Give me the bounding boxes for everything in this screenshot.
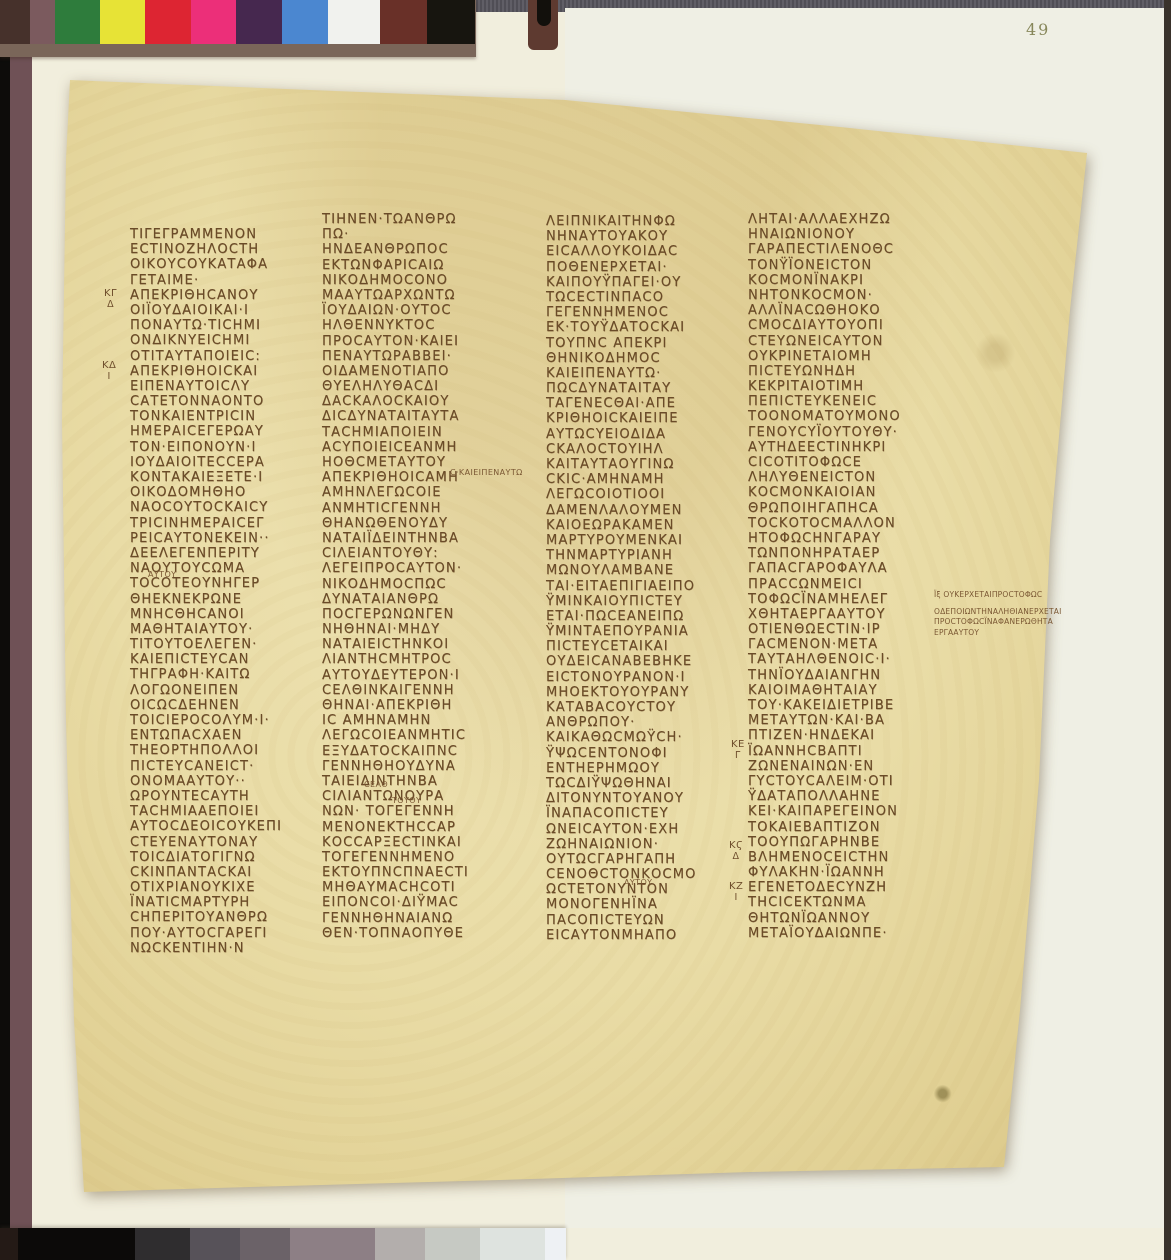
manuscript-line: ΤΩΝΠΟΝΗΡΑΤΑΕΡ bbox=[748, 546, 901, 561]
manuscript-line: ΓΕΝΝΗΘΗΟΥΔΥΝΑ bbox=[322, 759, 469, 774]
manuscript-line: ΚΟCΜΟΝΚΑΙΟΙΑΝ bbox=[748, 485, 901, 500]
manuscript-line: ΖΩΗΝΑΙΩΝΙΟΝ· bbox=[546, 837, 697, 852]
manuscript-line: ΜΕΝΟΝΕΚΤΗCCΑΡ bbox=[322, 820, 469, 835]
color-patch-dark-brown bbox=[0, 0, 30, 44]
manuscript-line: ΝΑΤΑΙΪΔΕΙΝΤΗΝΒΑ bbox=[322, 531, 469, 546]
manuscript-line: ΔΙCΔΥΝΑΤΑΙΤΑΥΤΑ bbox=[322, 409, 469, 424]
manuscript-line: CΤΕΥΕΝΑΥΤΟΝΑΥ bbox=[130, 835, 282, 850]
manuscript-line: ΫΔΑΤΑΠΟΛΛΑΗΝΕ bbox=[748, 789, 901, 804]
text-column-3: ΛΕΙΠΝΙΚΑΙΤΗΝΦΩΝΗΝΑΥΤΟΥΑΚΟΥΕΙCΑΛΛΟΥΚΟΙΔΑC… bbox=[546, 214, 697, 943]
color-patch-green bbox=[55, 0, 100, 44]
manuscript-line: ΚΑΙΟΕΩΡΑΚΑΜΕΝ bbox=[546, 518, 697, 533]
manuscript-line: ΤΗCΙCΕΚΤΩΝΜΑ bbox=[748, 895, 901, 910]
color-bar-board bbox=[0, 0, 476, 57]
manuscript-line: ΝΗΘΗΝΑΙ·ΜΗΔΥ bbox=[322, 622, 469, 637]
manuscript-line: ΤΟΝΚΑΙΕΝΤΡΙCΙΝ bbox=[130, 409, 282, 424]
grayscale-step bbox=[290, 1228, 375, 1260]
manuscript-line: ΩΡΟΥΝΤΕCΑΥΤΗ bbox=[130, 789, 282, 804]
manuscript-line: ΤΑΙΕΙΔΙΝΤΗΝΒΑ bbox=[322, 774, 469, 789]
manuscript-line: ΑCΥΠΟΙΕΙCΕΑΝΜΗ bbox=[322, 440, 469, 455]
manuscript-line: ΕΚΤΩΝΦΑΡΙCΑΙΩ bbox=[322, 258, 469, 273]
manuscript-line: ΤΑΓΕΝΕCΘΑΙ·ΑΠΕ bbox=[546, 396, 697, 411]
manuscript-line: ΠΩ· bbox=[322, 227, 469, 242]
interlinear-correction: CΕΛΘ bbox=[364, 780, 388, 789]
manuscript-line: ΕΙΠΟΝCΟΙ·ΔΙΫΜΑC bbox=[322, 895, 469, 910]
manuscript-line: ΛΕΓΩCΟΙΟΤΙΟΟΙ bbox=[546, 487, 697, 502]
manuscript-line: ΜΝΗCΘΗCΑΝΟΙ bbox=[130, 607, 282, 622]
manuscript-line: ΗΜΕΡΑΙCΕΓΕΡΩΑΥ bbox=[130, 424, 282, 439]
manuscript-line: ΚΑΙΤΑΥΤΑΟΥΓΙΝΩ bbox=[546, 457, 697, 472]
manuscript-line: ΗΟΘCΜΕΤΑΥΤΟΥ bbox=[322, 455, 469, 470]
manuscript-line: ΤΟΚΑΙΕΒΑΠΤΙΖΟΝ bbox=[748, 820, 901, 835]
manuscript-line: ΑΛΛΪΝΑCΩΘΗΟΚΟ bbox=[748, 303, 901, 318]
manuscript-line: ΟΤΙΕΝΘΩΕCΤΙΝ·ΙΡ bbox=[748, 622, 901, 637]
manuscript-line: ΑΠΕΚΡΙΘΗΟΙCΑΜΗ bbox=[322, 470, 469, 485]
manuscript-line: ΚΟCCΑΡΞΕCΤΙΝΚΑΙ bbox=[322, 835, 469, 850]
manuscript-line: ΔΕΕΛΕΓΕΝΠΕΡΙΤΥ bbox=[130, 546, 282, 561]
grayscale-step bbox=[18, 1228, 135, 1260]
text-column-4: ΛΗΤΑΙ·ΑΛΛΑΕΧΗΖΩΗΝΑΙΩΝΙΟΝΟΥΓΑΡΑΠΕCΤΙΛΕΝΟΘ… bbox=[748, 212, 901, 941]
manuscript-line: ΝΑΟCΟΥΤΟCΚΑΙCΥ bbox=[130, 500, 282, 515]
grayscale-calibration-bar bbox=[0, 1228, 566, 1260]
manuscript-line: ΛΕΓΕΙΠΡΟCΑΥΤΟΝ· bbox=[322, 561, 469, 576]
manuscript-line: ΤΙΓΕΓΡΑΜΜΕΝΟΝ bbox=[130, 227, 282, 242]
manuscript-line: ΤΟΦΩCΪΝΑΜΗΕΛΕΓ bbox=[748, 592, 901, 607]
manuscript-line: ΕΚΤΟΥΠΝCΠΝΑΕCΤΙ bbox=[322, 865, 469, 880]
manuscript-line: ΤΟΟΝΟΜΑΤΟΥΜΟΝΟ bbox=[748, 409, 901, 424]
manuscript-line: ΜΩΝΟΥΛΑΜΒΑΝΕ bbox=[546, 563, 697, 578]
manuscript-line: CΙΛΕΙΑΝΤΟΥΘΥ: bbox=[322, 546, 469, 561]
manuscript-line: ΜΑΑΥΤΩΑΡΧΩΝΤΩ bbox=[322, 288, 469, 303]
manuscript-line: ΑΝΜΗΤΙCΓΕΝΝΗ bbox=[322, 501, 469, 516]
manuscript-line: ΘΗΝΙΚΟΔΗΜΟC bbox=[546, 351, 697, 366]
mount-edge-strip bbox=[10, 44, 32, 1228]
manuscript-line: ΑΥΤΗΔΕΕCΤΙΝΗΚΡΙ bbox=[748, 440, 901, 455]
manuscript-line: CΚΙΝΠΑΝΤΑCΚΑΙ bbox=[130, 865, 282, 880]
manuscript-line: ΤΙΗΝΕΝ·ΤΩΑΝΘΡΩ bbox=[322, 212, 469, 227]
marginal-note-line: ΟΔΕΠΟΙΩΝΤΗΝΑΛΗΘΙΑΝΕΡΧΕΤΑΙ bbox=[934, 607, 1062, 618]
color-patch-maroon bbox=[380, 0, 427, 44]
manuscript-line: ΚΑΙΕΠΙCΤΕΥCΑΝ bbox=[130, 652, 282, 667]
canon-mark-sub: Δ bbox=[104, 299, 117, 310]
manuscript-line: ΘΗΝΑΙ·ΑΠΕΚΡΙΘΗ bbox=[322, 698, 469, 713]
manuscript-line: ΤΑΥΤΑΗΛΘΕΝΟΙC·Ι· bbox=[748, 652, 901, 667]
photo-edge-strip bbox=[0, 44, 10, 1260]
manuscript-line: ΡΕΙCΑΥΤΟΝΕΚΕΙΝ·· bbox=[130, 531, 282, 546]
manuscript-line: ΠΑCΟΠΙCΤΕΥΩΝ bbox=[546, 913, 697, 928]
manuscript-line: ΕΝΤΩΠΑCΧΑΕΝ bbox=[130, 728, 282, 743]
manuscript-line: ΤΑCΗΜΙΑΠΟΙΕΙΝ bbox=[322, 425, 469, 440]
manuscript-line: CΗΠΕΡΙΤΟΥΑΝΘΡΩ bbox=[130, 910, 282, 925]
manuscript-line: ΟΙCΩCΔΕΗΝΕΝ bbox=[130, 698, 282, 713]
manuscript-line: ΕΙΠΕΝΑΥΤΟΙCΛΥ bbox=[130, 379, 282, 394]
manuscript-line: ΠΟCΓΕΡΩΝΩΝΓΕΝ bbox=[322, 607, 469, 622]
canon-mark: ΚΖΙ bbox=[729, 881, 743, 903]
manuscript-line: ΗΝΑΙΩΝΙΟΝΟΥ bbox=[748, 227, 901, 242]
interlinear-correction: C·ΚΑΙΕΙΠΕΝΑΥΤΩ bbox=[450, 468, 523, 477]
marginal-note-line: Ϊξ ΟΥΚΕΡΧΕΤΑΙΠΡΟCΤΟΦΩC bbox=[934, 590, 1062, 601]
manuscript-line: ΘΗΑΝΩΘΕΝΟΥΔΥ bbox=[322, 516, 469, 531]
manuscript-line: ΙΟΥΔΑΙΟΙΤΕCCΕΡΑ bbox=[130, 455, 282, 470]
manuscript-line: ΑΠΕΚΡΙΘΗΟΙCΚΑΙ bbox=[130, 364, 282, 379]
manuscript-line: ΚΑΤΑΒΑCΟΥCΤΟΥ bbox=[546, 700, 697, 715]
manuscript-line: ΘΥΕΛΗΛΥΘΑCΔΙ bbox=[322, 379, 469, 394]
grayscale-step bbox=[0, 1228, 18, 1260]
color-patch-purple bbox=[236, 0, 282, 44]
canon-mark-sub: Δ bbox=[729, 851, 743, 862]
canon-mark-sub: Ι bbox=[729, 892, 743, 903]
manuscript-line: ΛΙΑΝΤΗCΜΗΤΡΟC bbox=[322, 652, 469, 667]
manuscript-line: ΗΝΔΕΑΝΘΡΩΠΟC bbox=[322, 242, 469, 257]
manuscript-line: ΩCΤΕΤΟΝΥΝΤΟΝ bbox=[546, 882, 697, 897]
manuscript-line: ΠΡΟCΑΥΤΟΝ·ΚΑΙΕΙ bbox=[322, 334, 469, 349]
manuscript-line: ΑΥΤΟΥΔΕΥΤΕΡΟΝ·Ι bbox=[322, 668, 469, 683]
color-calibration-bar bbox=[0, 0, 476, 44]
manuscript-line: ΤΟΝ·ΕΙΠΟΝΟΥΝ·Ι bbox=[130, 440, 282, 455]
manuscript-line: ΤΗΕΟΡΤΗΠΟΛΛΟΙ bbox=[130, 743, 282, 758]
manuscript-line: ΒΛΗΜΕΝΟCΕΙCΤΗΝ bbox=[748, 850, 901, 865]
manuscript-line: ΠΩCΔΥΝΑΤΑΙΤΑΥ bbox=[546, 381, 697, 396]
manuscript-line: ΓΥCΤΟΥCΑΛΕΙΜ·ΟΤΙ bbox=[748, 774, 901, 789]
manuscript-line: ΕΙCΑΛΛΟΥΚΟΙΔΑC bbox=[546, 244, 697, 259]
manuscript-line: ΤΩCΔΙΫΨΩΘΗΝΑΙ bbox=[546, 776, 697, 791]
manuscript-line: ΚΑΙΟΙΜΑΘΗΤΑΙΑΥ bbox=[748, 683, 901, 698]
manuscript-line: ΤΩCΕCΤΙΝΠΑCΟ bbox=[546, 290, 697, 305]
color-patch-magenta bbox=[191, 0, 236, 44]
manuscript-line: ΚΡΙΘΗΟΙCΚΑΙΕΙΠΕ bbox=[546, 411, 697, 426]
manuscript-line: ΤΟΟΥΠΩΓΑΡΗΝΒΕ bbox=[748, 835, 901, 850]
manuscript-line: CΕΛΘΙΝΚΑΙΓΕΝΝΗ bbox=[322, 683, 469, 698]
manuscript-photo: ΤΙΓΕΓΡΑΜΜΕΝΟΝΕCΤΙΝΟΖΗΛΟCΤΗΟΙΚΟΥCΟΥΚΑΤΑΦΑ… bbox=[0, 0, 1171, 1260]
manuscript-line: ΕΓΕΝΕΤΟΔΕCΥΝΖΗ bbox=[748, 880, 901, 895]
manuscript-line: ΜΟΝΟΓΕΝΗΪΝΑ bbox=[546, 897, 697, 912]
manuscript-line: ΤΗΓΡΑΦΗ·ΚΑΙΤΩ bbox=[130, 667, 282, 682]
canon-mark: ΚΓΔ bbox=[104, 288, 117, 310]
manuscript-line: ΓΑCΜΕΝΟΝ·ΜΕΤΑ bbox=[748, 637, 901, 652]
manuscript-line: ΛΟΓΩΟΝΕΙΠΕΝ bbox=[130, 683, 282, 698]
canon-mark: ΚϚΔ bbox=[729, 840, 743, 862]
manuscript-line: ΛΕΓΩCΟΙΕΑΝΜΗΤΙC bbox=[322, 728, 469, 743]
manuscript-line: ΠΤΙΖΕΝ·ΗΝΔΕΚΑΙ bbox=[748, 728, 901, 743]
manuscript-line: ΠΕΝΑΥΤΩΡΑΒΒΕΙ· bbox=[322, 349, 469, 364]
manuscript-line: ΫΜΙΝΚΑΙΟΥΠΙCΤΕΥ bbox=[546, 594, 697, 609]
manuscript-line: ΕCΤΙΝΟΖΗΛΟCΤΗ bbox=[130, 242, 282, 257]
manuscript-line: ΛΗΤΑΙ·ΑΛΛΑΕΧΗΖΩ bbox=[748, 212, 901, 227]
manuscript-line: ΕΞΥΔΑΤΟCΚΑΙΠΝC bbox=[322, 744, 469, 759]
manuscript-line: ΪΝΑΤΙCΜΑΡΤΥΡΗ bbox=[130, 895, 282, 910]
manuscript-line: ΝΗΝΑΥΤΟΥΑΚΟΥ bbox=[546, 229, 697, 244]
manuscript-line: ΚΟΝΤΑΚΑΙΕΞΕΤΕ·Ι bbox=[130, 470, 282, 485]
manuscript-line: ΚΑΙΠΟΥΫΠΑΓΕΙ·ΟΥ bbox=[546, 275, 697, 290]
manuscript-line: ΑΠΕΚΡΙΘΗCΑΝΟΥ bbox=[130, 288, 282, 303]
marginal-note-line: ΕΡΓΑΑΥΤΟΥ bbox=[934, 628, 1062, 639]
text-column-2: ΤΙΗΝΕΝ·ΤΩΑΝΘΡΩΠΩ·ΗΝΔΕΑΝΘΡΩΠΟCΕΚΤΩΝΦΑΡΙCΑ… bbox=[322, 212, 469, 941]
canon-mark: ΚΔΙ bbox=[102, 360, 116, 382]
manuscript-line: ΜΕΤΑΪΟΥΔΑΙΩΝΠΕ· bbox=[748, 926, 901, 941]
manuscript-line: ΤΟΥ·ΚΑΚΕΙΔΙΕΤΡΙΒΕ bbox=[748, 698, 901, 713]
manuscript-line: ΑΝΘΡΩΠΟΥ· bbox=[546, 715, 697, 730]
manuscript-line: ΟΙΚΟΥCΟΥΚΑΤΑΦΑ bbox=[130, 257, 282, 272]
manuscript-line: ΕΙCΑΥΤΟΝΜΗΑΠΟ bbox=[546, 928, 697, 943]
manuscript-line: ΤΟΙCΙΕΡΟCΟΛΥΜ·Ι· bbox=[130, 713, 282, 728]
manuscript-line: ΟΤΙΤΑΥΤΑΠΟΙΕΙC: bbox=[130, 349, 282, 364]
manuscript-line: ΠΟΘΕΝΕΡΧΕΤΑΙ· bbox=[546, 260, 697, 275]
grayscale-step bbox=[425, 1228, 480, 1260]
manuscript-line: ΟΥΤΩCΓΑΡΗΓΑΠΗ bbox=[546, 852, 697, 867]
manuscript-line: ΟΝΔΙΚΝΥΕΙCΗΜΙ bbox=[130, 333, 282, 348]
manuscript-line: ΤΟΥΠΝC ΑΠΕΚΡΙ bbox=[546, 336, 697, 351]
manuscript-line: ΟΥΚΡΙΝΕΤΑΙΟΜΗ bbox=[748, 349, 901, 364]
manuscript-line: ΝΗΤΟΝΚΟCΜΟΝ· bbox=[748, 288, 901, 303]
manuscript-line: ΟΝΟΜΑΑΥΤΟΥ·· bbox=[130, 774, 282, 789]
manuscript-line: ΚΑΙΕΙΠΕΝΑΥΤΩ· bbox=[546, 366, 697, 381]
manuscript-line: ΚΟCΜΟΝΪΝΑΚΡΙ bbox=[748, 273, 901, 288]
manuscript-line: ΚΕΚΡΙΤΑΙΟΤΙΜΗ bbox=[748, 379, 901, 394]
manuscript-line: ΪΩΑΝΝΗCΒΑΠΤΙ bbox=[748, 744, 901, 759]
manuscript-line: ΠΡΑCCΩΝΜΕΙCΙ bbox=[748, 577, 901, 592]
manuscript-line: ΤΗΝΪΟΥΔΑΙΑΝΓΗΝ bbox=[748, 668, 901, 683]
manuscript-line: ΔΑΜΕΝΛΑΛΟΥΜΕΝ bbox=[546, 503, 697, 518]
grayscale-step bbox=[375, 1228, 425, 1260]
mount-clip bbox=[528, 0, 558, 50]
manuscript-line: ΠΙCΤΕΥCΕΤΑΙΚΑΙ bbox=[546, 639, 697, 654]
manuscript-line: ΓΕΓΕΝΝΗΜΕΝΟC bbox=[546, 305, 697, 320]
manuscript-line: ΤΡΙCΙΝΗΜΕΡΑΙCΕΓ bbox=[130, 516, 282, 531]
manuscript-line: ΤΑCΗΜΙΑΑΕΠΟΙΕΙ bbox=[130, 804, 282, 819]
manuscript-line: ΛΗΛΥΘΕΝΕΙCΤΟΝ bbox=[748, 470, 901, 485]
manuscript-line: ΜΑΡΤΥΡΟΥΜΕΝΚΑΙ bbox=[546, 533, 697, 548]
manuscript-line: ΝΙΚΟΔΗΜΟCΠΩC bbox=[322, 577, 469, 592]
manuscript-line: ΗΤΟΦΩCΗΝΓΑΡΑΥ bbox=[748, 531, 901, 546]
manuscript-line: ΟΥΔΕΙCΑΝΑΒΕΒΗΚΕ bbox=[546, 654, 697, 669]
manuscript-line: CΙCΟΤΙΤΟΦΩCΕ bbox=[748, 455, 901, 470]
manuscript-line: CΚΑΛΟCΤΟΥΙΗΛ bbox=[546, 442, 697, 457]
manuscript-line: CΑΤΕΤΟΝΝΑΟΝΤΟ bbox=[130, 394, 282, 409]
manuscript-line: ΤΙΤΟΥΤΟΕΛΕΓΕΝ· bbox=[130, 637, 282, 652]
manuscript-line: ΧΘΗΤΑΕΡΓΑΑΥΤΟΥ bbox=[748, 607, 901, 622]
interlinear-correction: ΑΥΤΟΥ bbox=[148, 570, 176, 579]
interlinear-correction: ΑΥΤΟΥ bbox=[624, 878, 652, 887]
manuscript-line: ΕΙCΤΟΝΟΥΡΑΝΟΝ·Ι bbox=[546, 670, 697, 685]
canon-mark: ΚΕΓ bbox=[731, 739, 745, 761]
manuscript-line: ΗΛΘΕΝΝΥΚΤΟC bbox=[322, 318, 469, 333]
manuscript-line: ΦΥΛΑΚΗΝ·ΪΩΑΝΝΗ bbox=[748, 865, 901, 880]
manuscript-line: ΛΕΙΠΝΙΚΑΙΤΗΝΦΩ bbox=[546, 214, 697, 229]
color-patch-white bbox=[328, 0, 380, 44]
manuscript-line: ΤΟCΚΟΤΟCΜΑΛΛΟΝ bbox=[748, 516, 901, 531]
manuscript-line: ΟΙΪΟΥΔΑΙΟΙΚΑΙ·Ι bbox=[130, 303, 282, 318]
manuscript-line: ΪΝΑΠΑCΟΠΙCΤΕΥ bbox=[546, 806, 697, 821]
manuscript-line: ΖΩΝΕΝΑΙΝΩΝ·ΕΝ bbox=[748, 759, 901, 774]
manuscript-line: ΑΥΤΩCΥΕΙΟΔΙΔΑ bbox=[546, 427, 697, 442]
manuscript-line: ΑΜΗΝΛΕΓΩCΟΙΕ bbox=[322, 485, 469, 500]
manuscript-line: ΩΝΕΙCΑΥΤΟΝ·ΕΧΗ bbox=[546, 822, 697, 837]
manuscript-line: ΜΗΟΕΚΤΟΥΟΥΡΑΝΥ bbox=[546, 685, 697, 700]
manuscript-line: ΓΑΠΑCΓΑΡΟΦΑΥΛΑ bbox=[748, 561, 901, 576]
canon-mark-sub: Γ bbox=[731, 750, 745, 761]
manuscript-line: ΠΟΝΑΥΤΩ·ΤΙCΗΜΙ bbox=[130, 318, 282, 333]
manuscript-line: ΟΙΚΟΔΟΜΗΘΗΟ bbox=[130, 485, 282, 500]
manuscript-line: ΠΟΥ·ΑΥΤΟCΓΑΡΕΓΙ bbox=[130, 926, 282, 941]
photo-edge-right bbox=[1164, 0, 1171, 1260]
manuscript-line: ΓΕΝΟΥCΥΪΟΥΤΟΥΘΥ· bbox=[748, 425, 901, 440]
manuscript-line: CΤΕΥΩΝΕΙCΑΥΤΟΝ bbox=[748, 334, 901, 349]
manuscript-line: ΤΟΙCΔΙΑΤΟΓΙΓΝΩ bbox=[130, 850, 282, 865]
manuscript-line: ΜΕΤΑΥΤΩΝ·ΚΑΙ·ΒΑ bbox=[748, 713, 901, 728]
manuscript-line: ΕΚ·ΤΟΥΫΔΑΤΟCΚΑΙ bbox=[546, 320, 697, 335]
marginal-correction-note: Ϊξ ΟΥΚΕΡΧΕΤΑΙΠΡΟCΤΟΦΩCΟΔΕΠΟΙΩΝΤΗΝΑΛΗΘΙΑΝ… bbox=[934, 590, 1062, 638]
manuscript-line: ΚΕΙ·ΚΑΙΠΑΡΕΓΕΙΝΟΝ bbox=[748, 804, 901, 819]
manuscript-line: ΚΑΙΚΑΘΩCΜΩΫCΗ· bbox=[546, 730, 697, 745]
manuscript-line: ΟΙΔΑΜΕΝΟΤΙΑΠΟ bbox=[322, 364, 469, 379]
manuscript-line: ΙC ΑΜΗΝΑΜΗΝ bbox=[322, 713, 469, 728]
color-patch-blue bbox=[282, 0, 328, 44]
page-number: 49 bbox=[1026, 20, 1050, 39]
color-patch-yellow bbox=[100, 0, 145, 44]
manuscript-line: ΕΝΤΗΕΡΗΜΩΟΥ bbox=[546, 761, 697, 776]
manuscript-line: ΓΕΝΝΗΘΗΝΑΙΑΝΩ bbox=[322, 911, 469, 926]
grayscale-step bbox=[480, 1228, 545, 1260]
manuscript-line: ΜΗΘΑΥΜΑCΗCΟΤΙ bbox=[322, 880, 469, 895]
manuscript-line: ΤΟΝΫΪΟΝΕΙCΤΟΝ bbox=[748, 258, 901, 273]
manuscript-line: ΝΑΤΑΙΕΙCΤΗΝΚΟΙ bbox=[322, 637, 469, 652]
manuscript-line: CΜΟCΔΙΑΥΤΟΥΟΠΙ bbox=[748, 318, 901, 333]
grayscale-step bbox=[190, 1228, 240, 1260]
manuscript-line: ΫΜΙΝΤΑΕΠΟΥΡΑΝΙΑ bbox=[546, 624, 697, 639]
manuscript-line: ΤΑΙ·ΕΙΤΑΕΠΙΓΙΑΕΙΠΟ bbox=[546, 579, 697, 594]
manuscript-line: CΚΙC·ΑΜΗΝΑΜΗ bbox=[546, 472, 697, 487]
manuscript-line: ΘΗΤΩΝΪΩΑΝΝΟΥ bbox=[748, 911, 901, 926]
manuscript-line: ΝΩCΚΕΝΤΙΗΝ·Ν bbox=[130, 941, 282, 956]
manuscript-line: ΓΕΤΑΙΜΕ· bbox=[130, 273, 282, 288]
grayscale-step bbox=[240, 1228, 290, 1260]
manuscript-line: ΝΩΝ· ΤΟΓΕΓΕΝΝΗ bbox=[322, 804, 469, 819]
manuscript-line: ΔΑCΚΑΛΟCΚΑΙΟΥ bbox=[322, 394, 469, 409]
manuscript-line: ΕΤΑΙ·ΠΩCΕΑΝΕΙΠΩ bbox=[546, 609, 697, 624]
color-patch-red bbox=[145, 0, 191, 44]
manuscript-line: ΘΗΕΚΝΕΚΡΩΝΕ bbox=[130, 592, 282, 607]
manuscript-line: CΕΝΟΘCΤΟΝΚΟCΜΟ bbox=[546, 867, 697, 882]
color-patch-black bbox=[427, 0, 475, 44]
grayscale-step bbox=[135, 1228, 190, 1260]
manuscript-line: ΠΙCΤΕΥΩΝΗΔΗ bbox=[748, 364, 901, 379]
manuscript-line: ΠΕΠΙCΤΕΥΚΕΝΕΙC bbox=[748, 394, 901, 409]
color-patch-mauve bbox=[30, 0, 55, 44]
manuscript-line: ΜΑΘΗΤΑΙΑΥΤΟΥ· bbox=[130, 622, 282, 637]
manuscript-line: ΝΙΚΟΔΗΜΟCΟΝΟ bbox=[322, 273, 469, 288]
manuscript-line: ΟΤΙΧΡΙΑΝΟΥΚΙΧΕ bbox=[130, 880, 282, 895]
manuscript-line: ΑΥΤΟCΔΕΟΙCΟΥΚΕΠΙ bbox=[130, 819, 282, 834]
grayscale-step bbox=[545, 1228, 566, 1260]
manuscript-line: ΪΟΥΔΑΙΩΝ·ΟΥΤΟC bbox=[322, 303, 469, 318]
marginal-note-line: ΠΡΟCΤΟΦΩCΪΝΑΦΑΝΕΡΩΘΗΤΑ bbox=[934, 617, 1062, 628]
manuscript-line: ΤΗΝΜΑΡΤΥΡΙΑΝΗ bbox=[546, 548, 697, 563]
manuscript-line: ΘΡΩΠΟΙΗΓΑΠΗCΑ bbox=[748, 501, 901, 516]
manuscript-line: ΔΙΤΟΝΥΝΤΟΥΑΝΟΥ bbox=[546, 791, 697, 806]
text-column-1: ΤΙΓΕΓΡΑΜΜΕΝΟΝΕCΤΙΝΟΖΗΛΟCΤΗΟΙΚΟΥCΟΥΚΑΤΑΦΑ… bbox=[130, 227, 282, 956]
interlinear-correction: ΤΟΥΘΥ bbox=[392, 796, 421, 805]
manuscript-line: ΘΕΝ·ΤΟΠΝΑΟΠΥΘΕ bbox=[322, 926, 469, 941]
canon-mark-sub: Ι bbox=[102, 371, 116, 382]
manuscript-line: ΔΥΝΑΤΑΙΑΝΘΡΩ bbox=[322, 592, 469, 607]
manuscript-line: ΠΙCΤΕΥCΑΝΕΙCΤ· bbox=[130, 759, 282, 774]
manuscript-line: ΓΑΡΑΠΕCΤΙΛΕΝΟΘC bbox=[748, 242, 901, 257]
manuscript-line: ΤΟΓΕΓΕΝΝΗΜΕΝΟ bbox=[322, 850, 469, 865]
manuscript-line: ΫΨΩCΕΝΤΟΝΟΦΙ bbox=[546, 746, 697, 761]
